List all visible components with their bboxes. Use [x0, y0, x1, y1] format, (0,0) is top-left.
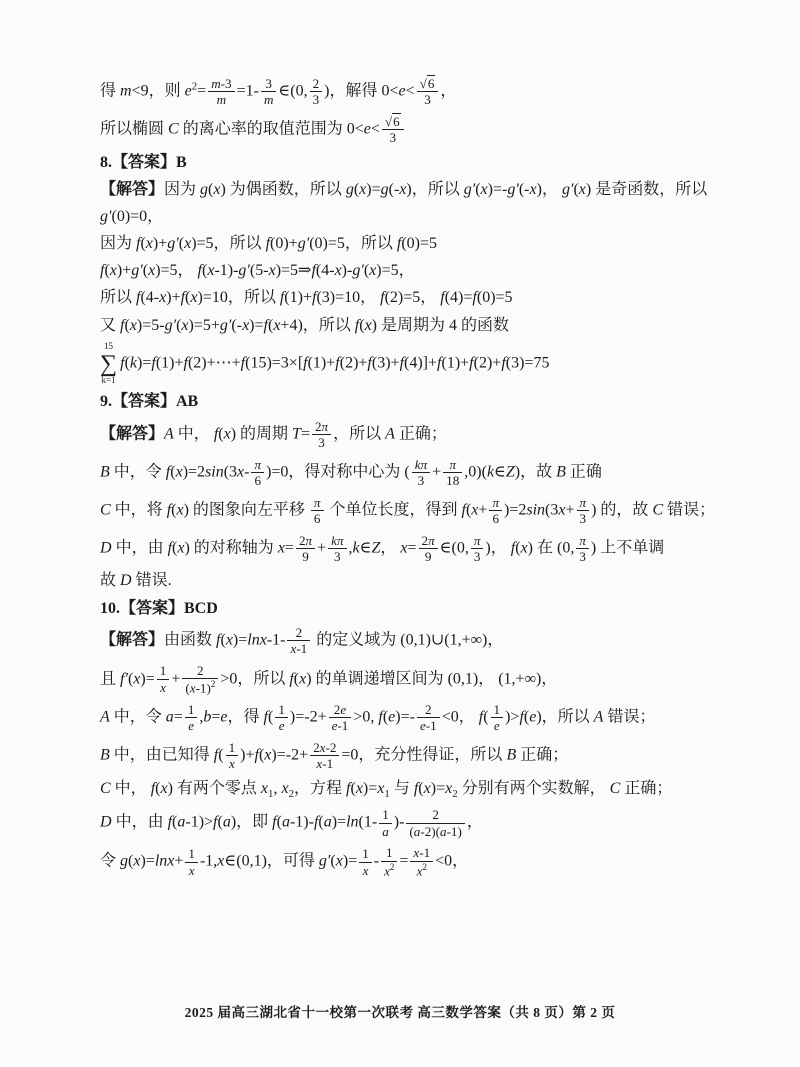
answer-line: 得 m<9，则 e2=m-3m=1-3m∈(0,23)，解得 0<e<√63，	[100, 76, 714, 108]
answer-line: 所以椭圆 C 的离心率的取值范围为 0<e<√63	[100, 114, 714, 146]
answer-line: 10.【答案】BCD	[100, 598, 714, 619]
answer-line: f(x)+g′(x)=5， f(x-1)-g′(5-x)=5⇒f(4-x)-g′…	[100, 260, 714, 281]
answer-line: 8.【答案】B	[100, 152, 714, 173]
answer-line: A 中，令 a=1e,b=e，得 f(1e)=-2+2ee-1>0, f(e)=…	[100, 702, 714, 734]
answer-line: 因为 f(x)+g′(x)=5，所以 f(0)+g′(0)=5，所以 f(0)=…	[100, 233, 714, 254]
answer-line: 又 f(x)=5-g′(x)=5+g′(-x)=f(x+4)，所以 f(x) 是…	[100, 315, 714, 336]
answer-line: 且 f′(x)=1x+2(x-1)2>0，所以 f(x) 的单调递增区间为 (0…	[100, 663, 714, 696]
answer-line: 【解答】因为 g(x) 为偶函数，所以 g(x)=g(-x)，所以 g′(x)=…	[100, 179, 714, 200]
answer-line: 15∑k=1f(k)=f(1)+f(2)+⋯+f(15)=3×[f(1)+f(2…	[100, 342, 714, 386]
answer-line: g′(0)=0，	[100, 206, 714, 227]
page-footer: 2025 届高三湖北省十一校第一次联考 高三数学答案（共 8 页）第 2 页	[0, 1001, 800, 1021]
document-lines: 得 m<9，则 e2=m-3m=1-3m∈(0,23)，解得 0<e<√63，所…	[100, 76, 714, 879]
answer-line: 【解答】A 中， f(x) 的周期 T=2π3，所以 A 正确；	[100, 419, 714, 451]
answer-line: D 中，由 f(x) 的对称轴为 x=2π9+kπ3,k∈Z， x=2π9∈(0…	[100, 533, 714, 565]
document-body: 得 m<9，则 e2=m-3m=1-3m∈(0,23)，解得 0<e<√63，所…	[0, 0, 800, 879]
answer-line: 故 D 错误.	[100, 570, 714, 591]
answer-line: 【解答】由函数 f(x)=lnx-1-2x-1 的定义域为 (0,1)∪(1,+…	[100, 625, 714, 657]
answer-line: 令 g(x)=lnx+1x-1,x∈(0,1)，可得 g′(x)=1x-1x2=…	[100, 845, 714, 878]
answer-line: 9.【答案】AB	[100, 391, 714, 412]
answer-sheet-page: 得 m<9，则 e2=m-3m=1-3m∈(0,23)，解得 0<e<√63，所…	[0, 0, 800, 879]
answer-line: C 中， f(x) 有两个零点 x1, x2，方程 f(x)=x1 与 f(x)…	[100, 778, 714, 802]
answer-line: D 中，由 f(a-1)>f(a)，即 f(a-1)-f(a)=ln(1-1a)…	[100, 807, 714, 839]
answer-line: B 中，令 f(x)=2sin(3x-π6)=0，得对称中心为 (kπ3+π18…	[100, 457, 714, 489]
answer-line: B 中，由已知得 f(1x)+f(x)=-2+2x-2x-1=0，充分性得证，所…	[100, 740, 714, 772]
answer-line: 所以 f(4-x)+f(x)=10，所以 f(1)+f(3)=10， f(2)=…	[100, 287, 714, 308]
answer-line: C 中，将 f(x) 的图象向左平移 π6 个单位长度，得到 f(x+π6)=2…	[100, 495, 714, 527]
